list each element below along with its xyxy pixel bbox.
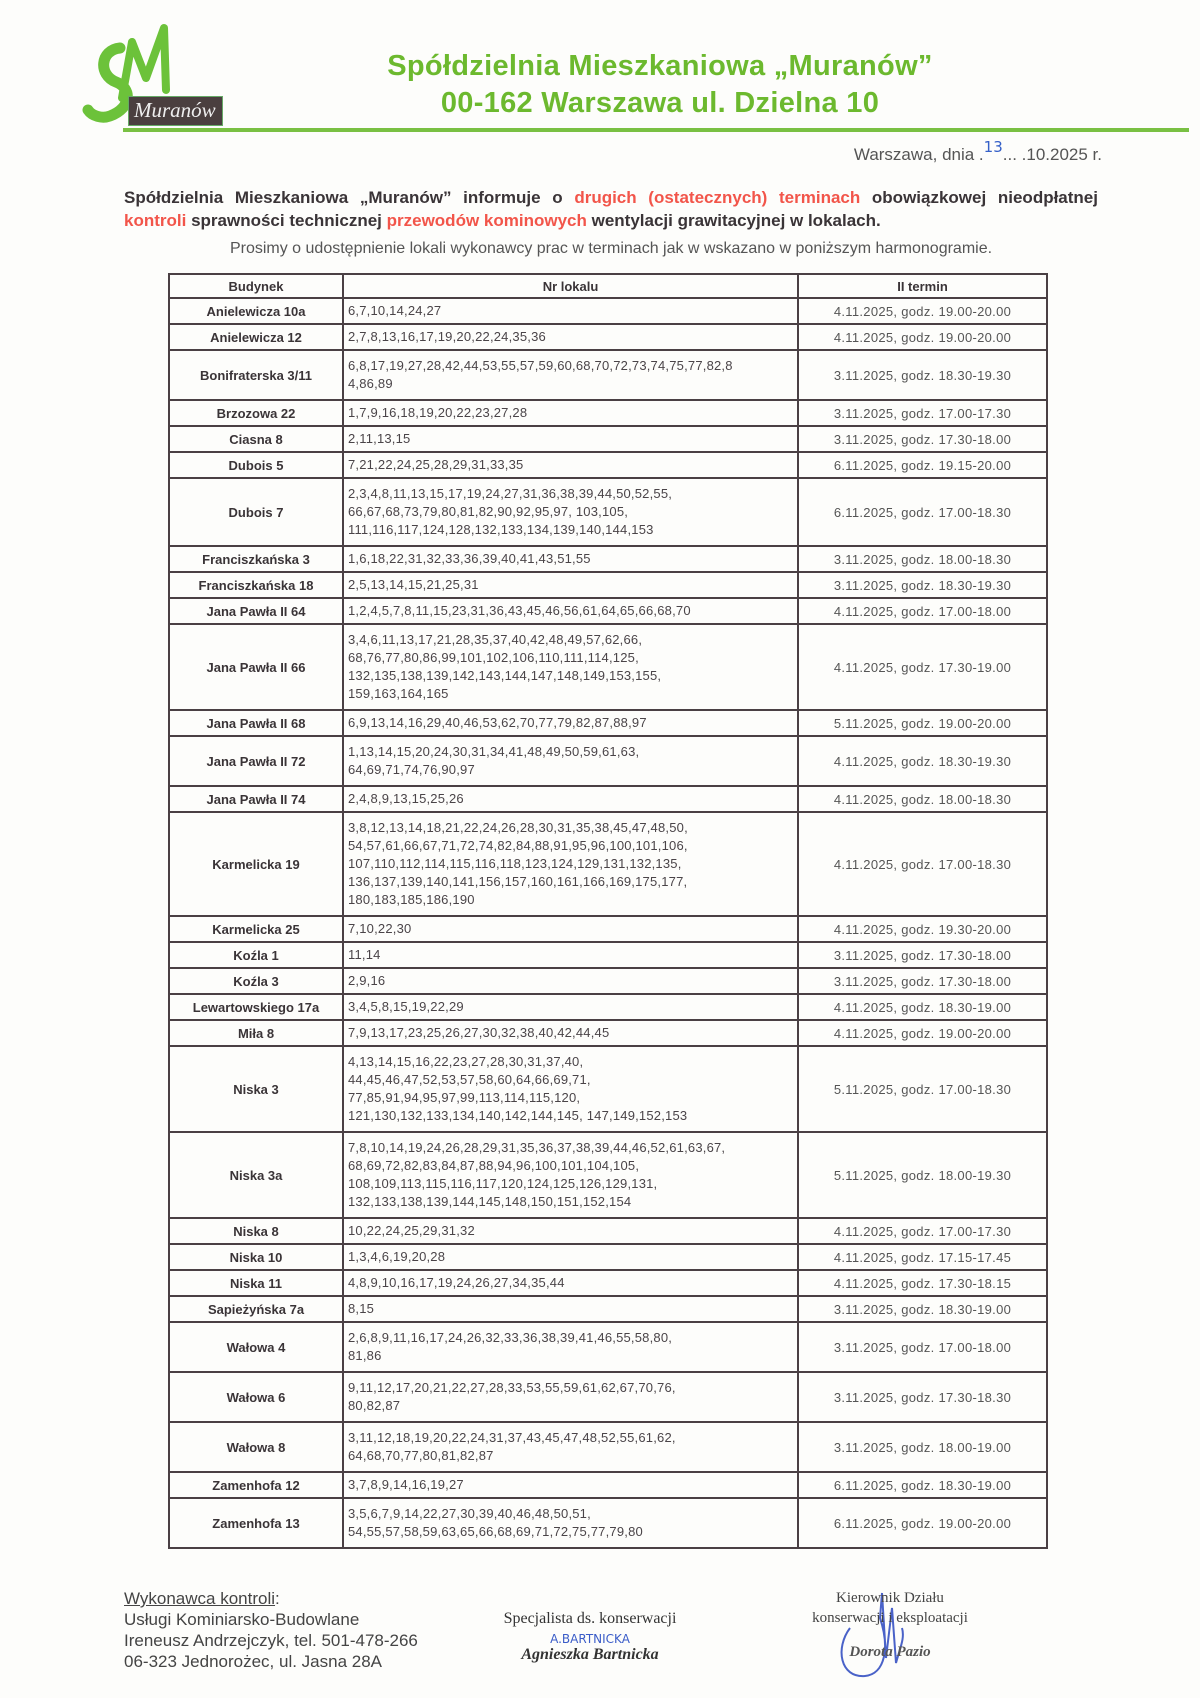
unit-numbers-cell: 9,11,12,17,20,21,22,27,28,33,53,55,59,61… <box>343 1372 798 1422</box>
building-cell: Jana Pawła II 64 <box>169 598 343 624</box>
manager-title-line1: Kierownik Działu <box>790 1588 990 1608</box>
building-cell: Niska 11 <box>169 1270 343 1296</box>
building-cell: Zamenhofa 12 <box>169 1472 343 1498</box>
unit-numbers-line: 4,86,89 <box>348 375 793 393</box>
handwritten-signature: A.BARTNICKA <box>480 1632 700 1646</box>
unit-numbers-cell: 4,8,9,10,16,17,19,24,26,27,34,35,44 <box>343 1270 798 1296</box>
table-row: Zamenhofa 133,5,6,7,9,14,22,27,30,39,40,… <box>169 1498 1047 1548</box>
term-cell: 3.11.2025, godz. 17.30-18.00 <box>798 968 1047 994</box>
unit-numbers-cell: 4,13,14,15,16,22,23,27,28,30,31,37,40,44… <box>343 1046 798 1132</box>
term-cell: 6.11.2025, godz. 18.30-19.00 <box>798 1472 1047 1498</box>
unit-numbers-line: 1,2,4,5,7,8,11,15,23,31,36,43,45,46,56,6… <box>348 602 793 620</box>
term-cell: 3.11.2025, godz. 18.30-19.30 <box>798 572 1047 598</box>
unit-numbers-line: 6,9,13,14,16,29,40,46,53,62,70,77,79,82,… <box>348 714 793 732</box>
unit-numbers-line: 1,13,14,15,20,24,30,31,34,41,48,49,50,59… <box>348 743 793 761</box>
term-cell: 3.11.2025, godz. 18.30-19.30 <box>798 350 1047 400</box>
unit-numbers-line: 2,6,8,9,11,16,17,24,26,32,33,36,38,39,41… <box>348 1329 793 1347</box>
unit-numbers-line: 64,68,70,77,80,81,82,87 <box>348 1447 793 1465</box>
highlighted-phrase: kontroli <box>124 211 186 230</box>
term-cell: 4.11.2025, godz. 18.30-19.00 <box>798 994 1047 1020</box>
organization-address: 00-162 Warszawa ul. Dzielna 10 <box>300 85 1020 122</box>
unit-numbers-line: 132,135,138,139,142,143,144,147,148,149,… <box>348 667 793 685</box>
unit-numbers-line: 11,14 <box>348 946 793 964</box>
column-header-building: Budynek <box>169 274 343 298</box>
manager-title-line2: konserwacji i eksploatacji <box>790 1608 990 1628</box>
term-cell: 3.11.2025, godz. 18.30-19.00 <box>798 1296 1047 1322</box>
intro-text: sprawności technicznej <box>186 211 386 230</box>
specialist-signature-block: Specjalista ds. konserwacji A.BARTNICKA … <box>480 1610 700 1664</box>
table-row: Niska 34,13,14,15,16,22,23,27,28,30,31,3… <box>169 1046 1047 1132</box>
building-cell: Lewartowskiego 17a <box>169 994 343 1020</box>
handwritten-day: 13 <box>984 138 1003 156</box>
unit-numbers-line: 80,82,87 <box>348 1397 793 1415</box>
unit-numbers-line: 2,9,16 <box>348 972 793 990</box>
table-row: Niska 101,3,4,6,19,20,284.11.2025, godz.… <box>169 1244 1047 1270</box>
table-row: Jana Pawła II 721,13,14,15,20,24,30,31,3… <box>169 736 1047 786</box>
building-cell: Jana Pawła II 74 <box>169 786 343 812</box>
manager-name: Dorota Pazio <box>790 1642 990 1662</box>
document-date: Warszawa, dnia .13... .10.2025 r. <box>854 145 1102 165</box>
term-cell: 4.11.2025, godz. 19.00-20.00 <box>798 298 1047 324</box>
term-cell: 4.11.2025, godz. 17.15-17.45 <box>798 1244 1047 1270</box>
unit-numbers-line: 2,7,8,13,16,17,19,20,22,24,35,36 <box>348 328 793 346</box>
intro-text: obowiązkowej nieodpłatnej <box>860 188 1098 207</box>
unit-numbers-cell: 1,2,4,5,7,8,11,15,23,31,36,43,45,46,56,6… <box>343 598 798 624</box>
building-cell: Brzozowa 22 <box>169 400 343 426</box>
term-cell: 4.11.2025, godz. 17.00-18.30 <box>798 812 1047 916</box>
unit-numbers-line: 54,55,57,58,59,63,65,66,68,69,71,72,75,7… <box>348 1523 793 1541</box>
building-cell: Anielewicza 12 <box>169 324 343 350</box>
term-cell: 3.11.2025, godz. 17.30-18.00 <box>798 426 1047 452</box>
unit-numbers-line: 111,116,117,124,128,132,133,134,139,140,… <box>348 521 793 539</box>
organization-name: Spółdzielnia Mieszkaniowa „Muranów” <box>300 48 1020 85</box>
unit-numbers-cell: 6,7,10,14,24,27 <box>343 298 798 324</box>
unit-numbers-line: 54,57,61,66,67,71,72,74,82,84,88,91,95,9… <box>348 837 793 855</box>
table-row: Wałowa 42,6,8,9,11,16,17,24,26,32,33,36,… <box>169 1322 1047 1372</box>
column-header-term: II termin <box>798 274 1047 298</box>
unit-numbers-cell: 2,6,8,9,11,16,17,24,26,32,33,36,38,39,41… <box>343 1322 798 1372</box>
unit-numbers-cell: 7,21,22,24,25,28,29,31,33,35 <box>343 452 798 478</box>
intro-announcement: Spółdzielnia Mieszkaniowa „Muranów” info… <box>124 186 1098 232</box>
term-cell: 5.11.2025, godz. 17.00-18.30 <box>798 1046 1047 1132</box>
unit-numbers-line: 44,45,46,47,52,53,57,58,60,64,66,69,71, <box>348 1071 793 1089</box>
term-cell: 3.11.2025, godz. 17.00-17.30 <box>798 400 1047 426</box>
term-cell: 3.11.2025, godz. 17.30-18.00 <box>798 942 1047 968</box>
term-cell: 4.11.2025, godz. 17.30-19.00 <box>798 624 1047 710</box>
term-cell: 6.11.2025, godz. 17.00-18.30 <box>798 478 1047 546</box>
unit-numbers-cell: 2,5,13,14,15,21,25,31 <box>343 572 798 598</box>
request-text: Prosimy o udostępnienie lokali wykonawcy… <box>124 240 1098 258</box>
table-row: Koźla 111,143.11.2025, godz. 17.30-18.00 <box>169 942 1047 968</box>
unit-numbers-line: 1,7,9,16,18,19,20,22,23,27,28 <box>348 404 793 422</box>
table-header-row: Budynek Nr lokalu II termin <box>169 274 1047 298</box>
building-cell: Franciszkańska 3 <box>169 546 343 572</box>
unit-numbers-line: 7,9,13,17,23,25,26,27,30,32,38,40,42,44,… <box>348 1024 793 1042</box>
logo-wordmark: Muranów <box>128 96 223 126</box>
building-cell: Niska 3 <box>169 1046 343 1132</box>
organization-header: Spółdzielnia Mieszkaniowa „Muranów” 00-1… <box>300 48 1020 122</box>
unit-numbers-cell: 3,5,6,7,9,14,22,27,30,39,40,46,48,50,51,… <box>343 1498 798 1548</box>
unit-numbers-line: 6,7,10,14,24,27 <box>348 302 793 320</box>
unit-numbers-line: 4,8,9,10,16,17,19,24,26,27,34,35,44 <box>348 1274 793 1292</box>
table-row: Karmelicka 193,8,12,13,14,18,21,22,24,26… <box>169 812 1047 916</box>
unit-numbers-line: 107,110,112,114,115,116,118,123,124,129,… <box>348 855 793 873</box>
table-row: Lewartowskiego 17a3,4,5,8,15,19,22,294.1… <box>169 994 1047 1020</box>
table-row: Jana Pawła II 641,2,4,5,7,8,11,15,23,31,… <box>169 598 1047 624</box>
unit-numbers-line: 3,7,8,9,14,16,19,27 <box>348 1476 793 1494</box>
table-row: Wałowa 69,11,12,17,20,21,22,27,28,33,53,… <box>169 1372 1047 1422</box>
table-row: Jana Pawła II 686,9,13,14,16,29,40,46,53… <box>169 710 1047 736</box>
unit-numbers-line: 3,11,12,18,19,20,22,24,31,37,43,45,47,48… <box>348 1429 793 1447</box>
term-cell: 3.11.2025, godz. 17.30-18.30 <box>798 1372 1047 1422</box>
building-cell: Koźla 3 <box>169 968 343 994</box>
term-cell: 4.11.2025, godz. 17.00-18.00 <box>798 598 1047 624</box>
table-row: Dubois 72,3,4,8,11,13,15,17,19,24,27,31,… <box>169 478 1047 546</box>
term-cell: 3.11.2025, godz. 18.00-19.00 <box>798 1422 1047 1472</box>
unit-numbers-line: 4,13,14,15,16,22,23,27,28,30,31,37,40, <box>348 1053 793 1071</box>
unit-numbers-line: 77,85,91,94,95,97,99,113,114,115,120, <box>348 1089 793 1107</box>
term-cell: 6.11.2025, godz. 19.15-20.00 <box>798 452 1047 478</box>
table-row: Dubois 57,21,22,24,25,28,29,31,33,356.11… <box>169 452 1047 478</box>
cooperative-logo: Muranów <box>80 20 260 130</box>
term-cell: 5.11.2025, godz. 19.00-20.00 <box>798 710 1047 736</box>
term-cell: 3.11.2025, godz. 18.00-18.30 <box>798 546 1047 572</box>
building-cell: Ciasna 8 <box>169 426 343 452</box>
table-row: Koźla 32,9,163.11.2025, godz. 17.30-18.0… <box>169 968 1047 994</box>
unit-numbers-line: 7,10,22,30 <box>348 920 793 938</box>
term-cell: 4.11.2025, godz. 18.00-18.30 <box>798 786 1047 812</box>
building-cell: Jana Pawła II 68 <box>169 710 343 736</box>
unit-numbers-line: 2,3,4,8,11,13,15,17,19,24,27,31,36,38,39… <box>348 485 793 503</box>
unit-numbers-line: 7,8,10,14,19,24,26,28,29,31,35,36,37,38,… <box>348 1139 793 1157</box>
term-cell: 4.11.2025, godz. 17.00-17.30 <box>798 1218 1047 1244</box>
specialist-name: Agnieszka Bartnicka <box>480 1646 700 1664</box>
unit-numbers-cell: 3,11,12,18,19,20,22,24,31,37,43,45,47,48… <box>343 1422 798 1472</box>
unit-numbers-line: 136,137,139,140,141,156,157,160,161,166,… <box>348 873 793 891</box>
contractor-info: Wykonawca kontroli: Usługi Kominiarsko-B… <box>124 1588 418 1672</box>
term-cell: 5.11.2025, godz. 18.00-19.30 <box>798 1132 1047 1218</box>
unit-numbers-cell: 3,4,6,11,13,17,21,28,35,37,40,42,48,49,5… <box>343 624 798 710</box>
unit-numbers-cell: 7,9,13,17,23,25,26,27,30,32,38,40,42,44,… <box>343 1020 798 1046</box>
table-row: Karmelicka 257,10,22,304.11.2025, godz. … <box>169 916 1047 942</box>
table-row: Miła 87,9,13,17,23,25,26,27,30,32,38,40,… <box>169 1020 1047 1046</box>
intro-text: Spółdzielnia Mieszkaniowa „Muranów” info… <box>124 188 574 207</box>
unit-numbers-line: 7,21,22,24,25,28,29,31,33,35 <box>348 456 793 474</box>
building-cell: Karmelicka 19 <box>169 812 343 916</box>
term-cell: 4.11.2025, godz. 19.30-20.00 <box>798 916 1047 942</box>
unit-numbers-line: 2,11,13,15 <box>348 430 793 448</box>
unit-numbers-line: 2,4,8,9,13,15,25,26 <box>348 790 793 808</box>
building-cell: Wałowa 6 <box>169 1372 343 1422</box>
building-cell: Koźla 1 <box>169 942 343 968</box>
unit-numbers-line: 2,5,13,14,15,21,25,31 <box>348 576 793 594</box>
table-row: Niska 114,8,9,10,16,17,19,24,26,27,34,35… <box>169 1270 1047 1296</box>
highlighted-phrase: przewodów kominowych <box>387 211 587 230</box>
unit-numbers-line: 1,3,4,6,19,20,28 <box>348 1248 793 1266</box>
unit-numbers-cell: 2,7,8,13,16,17,19,20,22,24,35,36 <box>343 324 798 350</box>
unit-numbers-line: 180,183,185,186,190 <box>348 891 793 909</box>
unit-numbers-line: 132,133,138,139,144,145,148,150,151,152,… <box>348 1193 793 1211</box>
building-cell: Franciszkańska 18 <box>169 572 343 598</box>
unit-numbers-line: 68,69,72,82,83,84,87,88,94,96,100,101,10… <box>348 1157 793 1175</box>
table-row: Wałowa 83,11,12,18,19,20,22,24,31,37,43,… <box>169 1422 1047 1472</box>
unit-numbers-line: 6,8,17,19,27,28,42,44,53,55,57,59,60,68,… <box>348 357 793 375</box>
table-row: Brzozowa 221,7,9,16,18,19,20,22,23,27,28… <box>169 400 1047 426</box>
unit-numbers-line: 10,22,24,25,29,31,32 <box>348 1222 793 1240</box>
manager-signature-block: Kierownik Działu konserwacji i eksploata… <box>790 1588 990 1662</box>
unit-numbers-cell: 1,6,18,22,31,32,33,36,39,40,41,43,51,55 <box>343 546 798 572</box>
table-row: Franciszkańska 31,6,18,22,31,32,33,36,39… <box>169 546 1047 572</box>
building-cell: Dubois 5 <box>169 452 343 478</box>
unit-numbers-cell: 6,8,17,19,27,28,42,44,53,55,57,59,60,68,… <box>343 350 798 400</box>
term-cell: 4.11.2025, godz. 18.30-19.30 <box>798 736 1047 786</box>
building-cell: Miła 8 <box>169 1020 343 1046</box>
table-row: Niska 810,22,24,25,29,31,324.11.2025, go… <box>169 1218 1047 1244</box>
unit-numbers-line: 66,67,68,73,79,80,81,82,90,92,95,97, 103… <box>348 503 793 521</box>
unit-numbers-cell: 3,8,12,13,14,18,21,22,24,26,28,30,31,35,… <box>343 812 798 916</box>
intro-text: wentylacji grawitacyjnej w lokalach. <box>587 211 881 230</box>
unit-numbers-line: 9,11,12,17,20,21,22,27,28,33,53,55,59,61… <box>348 1379 793 1397</box>
table-row: Bonifraterska 3/116,8,17,19,27,28,42,44,… <box>169 350 1047 400</box>
header-divider <box>123 128 1189 132</box>
building-cell: Jana Pawła II 66 <box>169 624 343 710</box>
table-row: Anielewicza 122,7,8,13,16,17,19,20,22,24… <box>169 324 1047 350</box>
unit-numbers-cell: 3,4,5,8,15,19,22,29 <box>343 994 798 1020</box>
contractor-line: Ireneusz Andrzejczyk, tel. 501-478-266 <box>124 1630 418 1651</box>
unit-numbers-cell: 2,9,16 <box>343 968 798 994</box>
contractor-line: 06-323 Jednorożec, ul. Jasna 28A <box>124 1651 418 1672</box>
term-cell: 3.11.2025, godz. 17.00-18.00 <box>798 1322 1047 1372</box>
unit-numbers-cell: 2,11,13,15 <box>343 426 798 452</box>
building-cell: Bonifraterska 3/11 <box>169 350 343 400</box>
unit-numbers-cell: 7,10,22,30 <box>343 916 798 942</box>
table-row: Franciszkańska 182,5,13,14,15,21,25,313.… <box>169 572 1047 598</box>
unit-numbers-line: 1,6,18,22,31,32,33,36,39,40,41,43,51,55 <box>348 550 793 568</box>
building-cell: Jana Pawła II 72 <box>169 736 343 786</box>
unit-numbers-line: 8,15 <box>348 1300 793 1318</box>
schedule-table: Budynek Nr lokalu II termin Anielewicza … <box>168 273 1048 1549</box>
contractor-label: Wykonawca kontroli <box>124 1589 275 1608</box>
term-cell: 6.11.2025, godz. 19.00-20.00 <box>798 1498 1047 1548</box>
unit-numbers-line: 3,4,6,11,13,17,21,28,35,37,40,42,48,49,5… <box>348 631 793 649</box>
table-row: Sapieżyńska 7a8,153.11.2025, godz. 18.30… <box>169 1296 1047 1322</box>
building-cell: Niska 8 <box>169 1218 343 1244</box>
unit-numbers-line: 159,163,164,165 <box>348 685 793 703</box>
highlighted-phrase: drugich (ostatecznych) terminach <box>574 188 860 207</box>
term-cell: 4.11.2025, godz. 19.00-20.00 <box>798 324 1047 350</box>
unit-numbers-line: 68,76,77,80,86,99,101,102,106,110,111,11… <box>348 649 793 667</box>
unit-numbers-cell: 8,15 <box>343 1296 798 1322</box>
unit-numbers-line: 3,4,5,8,15,19,22,29 <box>348 998 793 1016</box>
building-cell: Niska 3a <box>169 1132 343 1218</box>
column-header-units: Nr lokalu <box>343 274 798 298</box>
building-cell: Sapieżyńska 7a <box>169 1296 343 1322</box>
unit-numbers-cell: 10,22,24,25,29,31,32 <box>343 1218 798 1244</box>
unit-numbers-cell: 1,13,14,15,20,24,30,31,34,41,48,49,50,59… <box>343 736 798 786</box>
table-row: Jana Pawła II 742,4,8,9,13,15,25,264.11.… <box>169 786 1047 812</box>
unit-numbers-line: 108,109,113,115,116,117,120,124,125,126,… <box>348 1175 793 1193</box>
table-row: Niska 3a7,8,10,14,19,24,26,28,29,31,35,3… <box>169 1132 1047 1218</box>
unit-numbers-cell: 3,7,8,9,14,16,19,27 <box>343 1472 798 1498</box>
building-cell: Karmelicka 25 <box>169 916 343 942</box>
table-row: Anielewicza 10a6,7,10,14,24,274.11.2025,… <box>169 298 1047 324</box>
term-cell: 4.11.2025, godz. 17.30-18.15 <box>798 1270 1047 1296</box>
unit-numbers-cell: 6,9,13,14,16,29,40,46,53,62,70,77,79,82,… <box>343 710 798 736</box>
unit-numbers-line: 3,5,6,7,9,14,22,27,30,39,40,46,48,50,51, <box>348 1505 793 1523</box>
unit-numbers-cell: 1,3,4,6,19,20,28 <box>343 1244 798 1270</box>
table-row: Ciasna 82,11,13,153.11.2025, godz. 17.30… <box>169 426 1047 452</box>
unit-numbers-line: 81,86 <box>348 1347 793 1365</box>
unit-numbers-line: 121,130,132,133,134,140,142,144,145, 147… <box>348 1107 793 1125</box>
unit-numbers-cell: 7,8,10,14,19,24,26,28,29,31,35,36,37,38,… <box>343 1132 798 1218</box>
contractor-line: Usługi Kominiarsko-Budowlane <box>124 1609 418 1630</box>
table-row: Jana Pawła II 663,4,6,11,13,17,21,28,35,… <box>169 624 1047 710</box>
unit-numbers-cell: 1,7,9,16,18,19,20,22,23,27,28 <box>343 400 798 426</box>
building-cell: Niska 10 <box>169 1244 343 1270</box>
building-cell: Dubois 7 <box>169 478 343 546</box>
unit-numbers-line: 64,69,71,74,76,90,97 <box>348 761 793 779</box>
unit-numbers-cell: 2,3,4,8,11,13,15,17,19,24,27,31,36,38,39… <box>343 478 798 546</box>
building-cell: Wałowa 4 <box>169 1322 343 1372</box>
term-cell: 4.11.2025, godz. 19.00-20.00 <box>798 1020 1047 1046</box>
specialist-title: Specjalista ds. konserwacji <box>504 1610 677 1627</box>
table-row: Zamenhofa 123,7,8,9,14,16,19,276.11.2025… <box>169 1472 1047 1498</box>
building-cell: Anielewicza 10a <box>169 298 343 324</box>
building-cell: Zamenhofa 13 <box>169 1498 343 1548</box>
building-cell: Wałowa 8 <box>169 1422 343 1472</box>
unit-numbers-cell: 2,4,8,9,13,15,25,26 <box>343 786 798 812</box>
unit-numbers-line: 3,8,12,13,14,18,21,22,24,26,28,30,31,35,… <box>348 819 793 837</box>
unit-numbers-cell: 11,14 <box>343 942 798 968</box>
